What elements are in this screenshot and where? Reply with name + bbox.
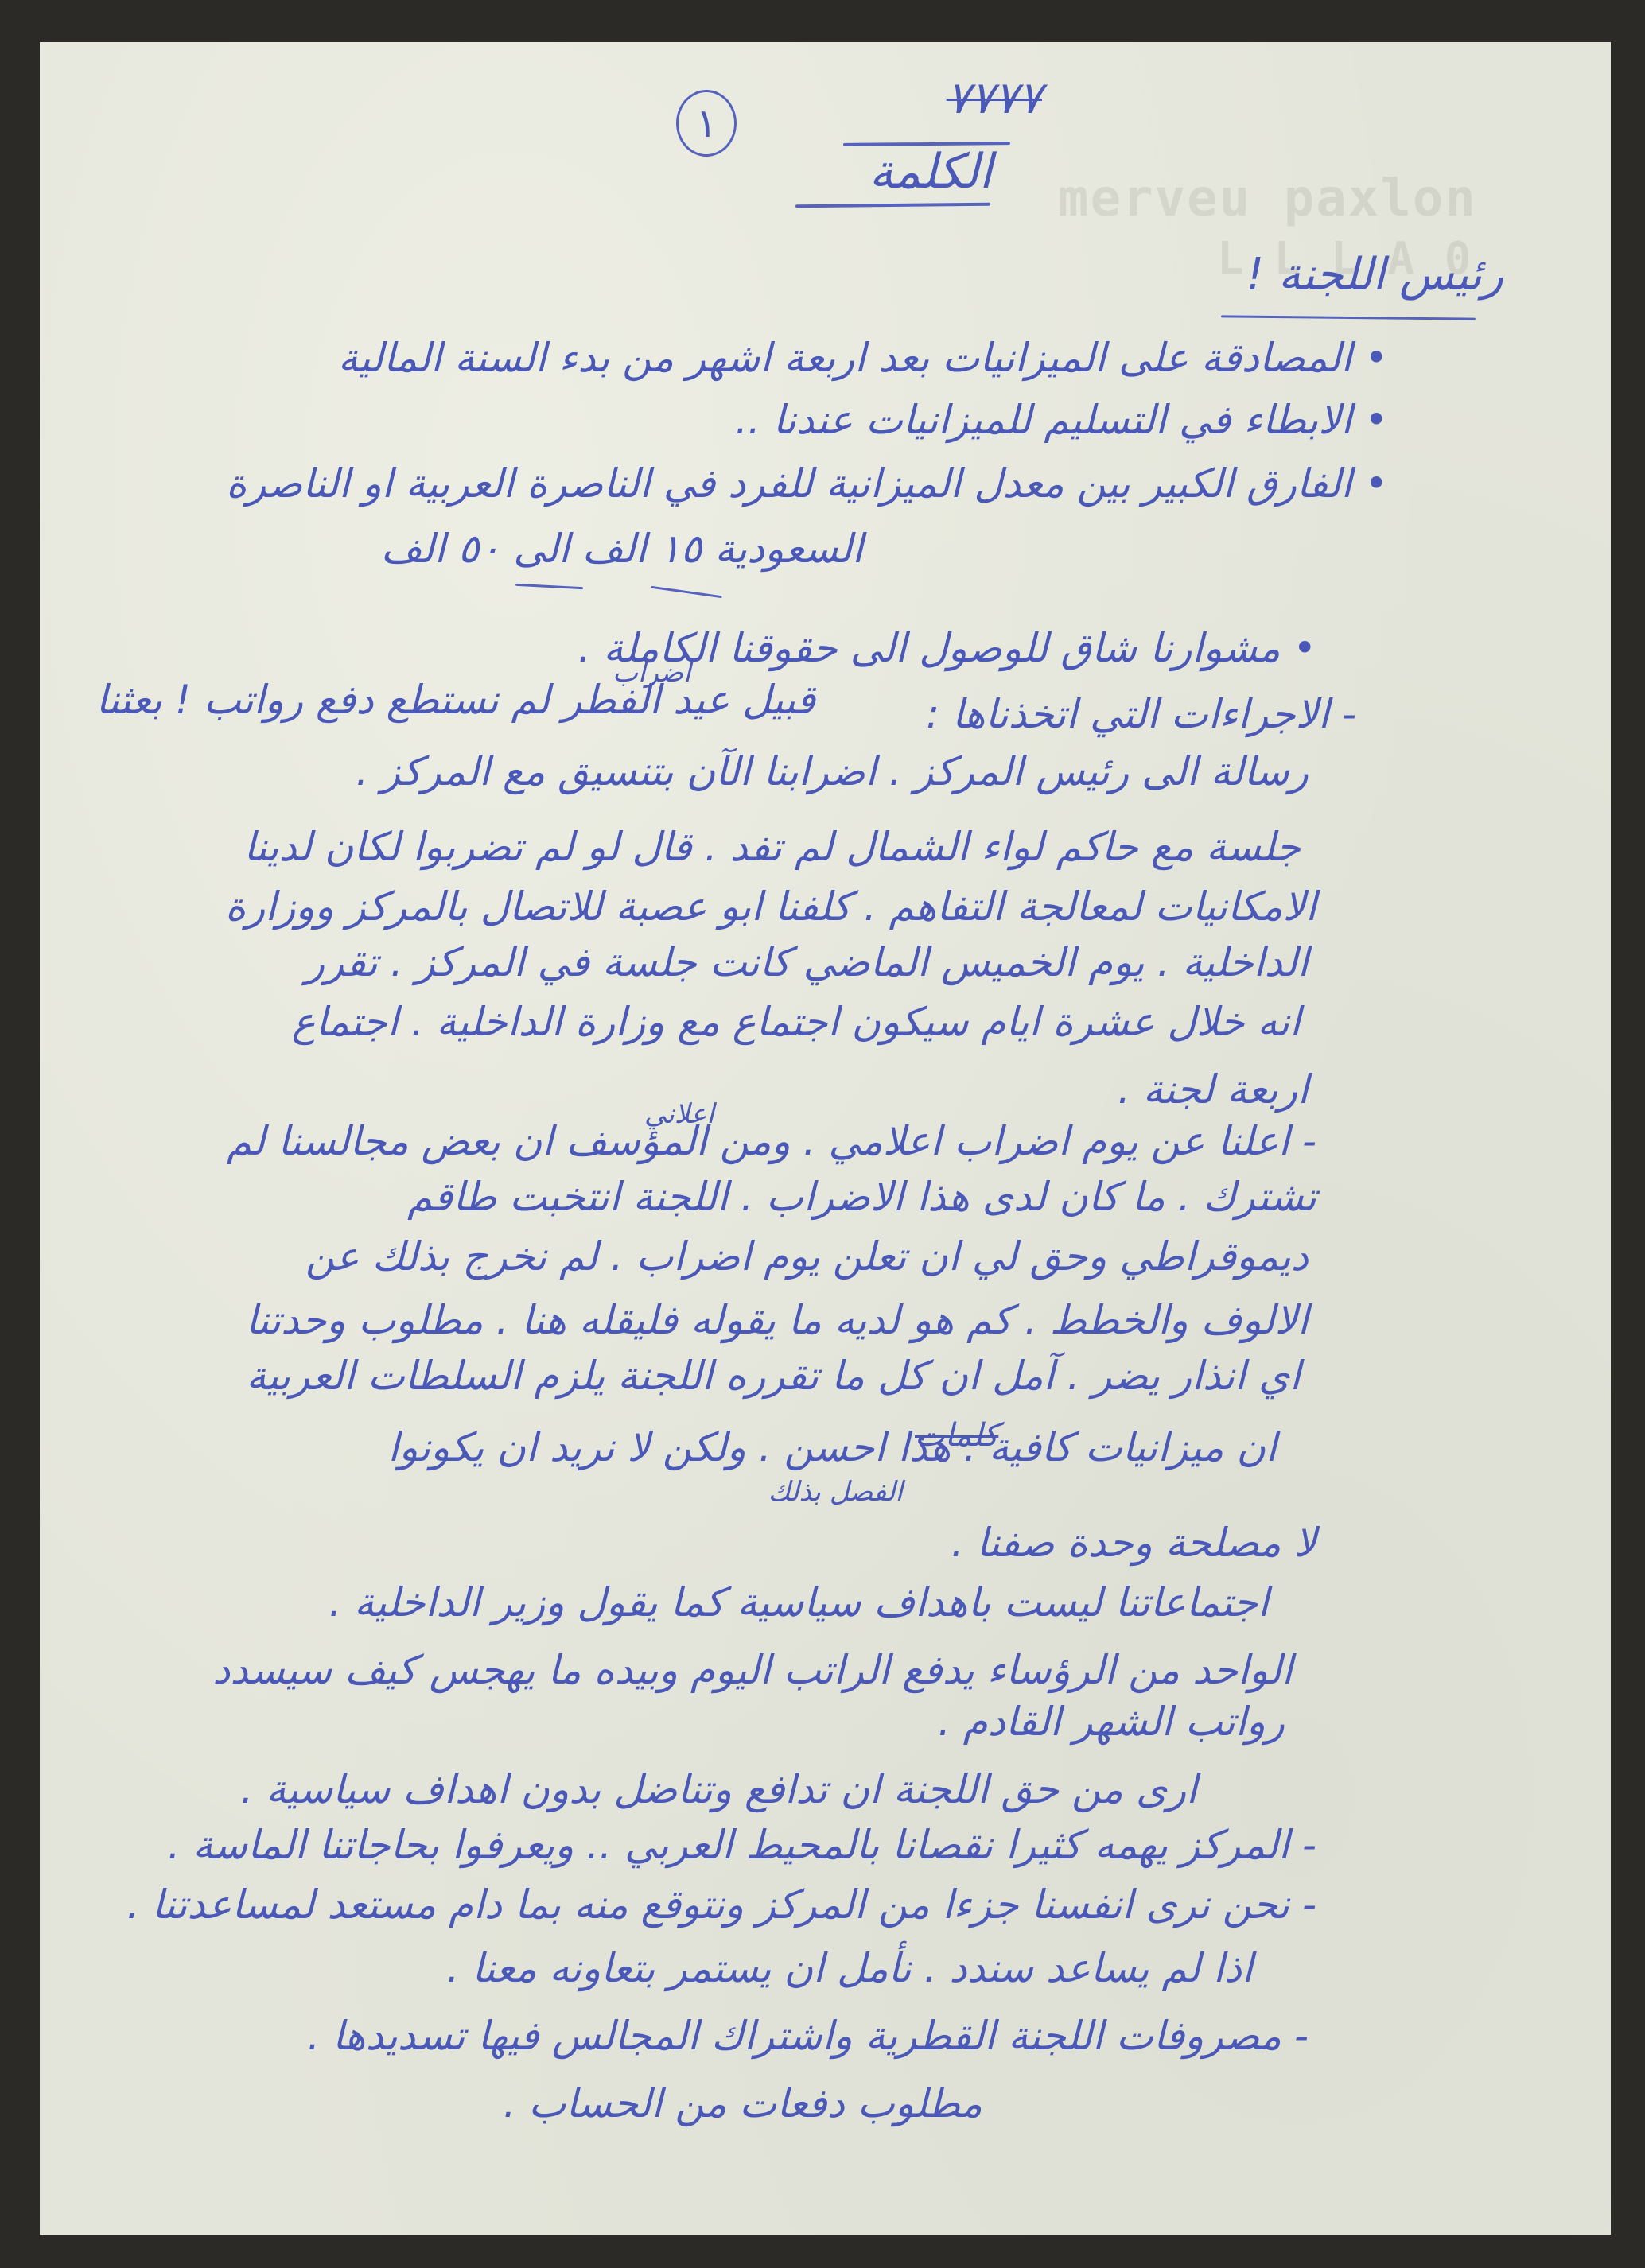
text-line-10: الامكانيات لمعالجة التفاهم . كلفنا ابو ع… [225, 885, 1316, 929]
text-line-12: انه خلال عشرة ايام سيكون اجتماع مع وزارة… [292, 1000, 1301, 1044]
text-line-7: - الاجراءات التي اتخذناها : [926, 693, 1356, 736]
amount-underline [651, 586, 722, 598]
page-number: ١ [676, 90, 737, 157]
salutation-underline [1221, 315, 1476, 320]
text-line-11: الداخلية . يوم الخميس الماضي كانت جلسة ف… [305, 941, 1309, 984]
crossed-out-heading: ٧٧٧٧ [883, 74, 1042, 123]
text-line-26: - المركز يهمه كثيرا نقصانا بالمحيط العرب… [168, 1823, 1316, 1867]
text-line-18: اي انذار يضر . آمل ان كل ما تقرره اللجنة… [246, 1354, 1301, 1398]
text-line-13: اربعة لجنة . [1118, 1068, 1309, 1112]
text-line-21: لا مصلحة وحدة صفنا . [951, 1521, 1316, 1565]
text-line-29: - مصروفات اللجنة القطرية واشتراك المجالس… [307, 2014, 1309, 2058]
text-line-15: تشترك . ما كان لدى هذا الاضراب . اللجنة … [407, 1175, 1316, 1219]
amount-underline [515, 584, 583, 589]
text-line-30: مطلوب دفعات من الحساب . [504, 2082, 982, 2126]
text-line-23: الواحد من الرؤساء يدفع الراتب اليوم وبيد… [212, 1649, 1293, 1692]
text-line-4: السعودية ١٥ الف الى ٥٠ الف [381, 527, 863, 571]
salutation: رئيس اللجنة ! [1217, 250, 1503, 300]
text-line-6: قبيل عيد الفطر لم نستطع دفع رواتب ! بعثن… [96, 678, 816, 722]
text-line-17: الالوف والخطط . كم هو لديه ما يقوله فليق… [246, 1299, 1309, 1342]
paper-sheet: merveu paxlon L L L A 0 ١ ٧٧٧٧ الكلمة رئ… [40, 42, 1611, 2235]
text-line-27: - نحن نرى انفسنا جزءا من المركز ونتوقع م… [126, 1883, 1316, 1927]
text-line-8: رسالة الى رئيس المركز . اضرابنا الآن بتن… [356, 750, 1309, 794]
text-line-24: رواتب الشهر القادم . [938, 1700, 1285, 1744]
text-line-16: ديموقراطي وحق لي ان تعلن يوم اضراب . لم … [305, 1235, 1309, 1279]
heading-rule-bottom [795, 203, 990, 208]
text-line-2: • الابطاء في التسليم للميزانيات عندنا .. [735, 398, 1388, 442]
text-line-25: ارى من حق اللجنة ان تدافع وتناضل بدون اه… [241, 1768, 1197, 1812]
text-line-9: جلسة مع حاكم لواء الشمال لم تفد . قال لو… [243, 825, 1301, 869]
text-line-1: • المصادقة على الميزانيات بعد اربعة اشهر… [338, 336, 1388, 380]
text-line-14: - اعلنا عن يوم اضراب اعلامي . ومن المؤسف… [227, 1120, 1316, 1163]
text-line-22: اجتماعاتنا ليست باهداف سياسية كما يقول و… [329, 1581, 1269, 1625]
bleed-through-text: merveu paxlon [1058, 169, 1477, 228]
text-line-20: الفصل بذلك [768, 1478, 903, 1507]
text-line-3: • الفارق الكبير بين معدل الميزانية للفرد… [226, 462, 1388, 506]
text-line-19: ان ميزانيات كافية . هذا احسن . ولكن لا ن… [387, 1426, 1277, 1470]
page-title: الكلمة [843, 146, 1018, 198]
text-line-28: اذا لم يساعد سندد . نأمل ان يستمر بتعاون… [446, 1947, 1253, 1990]
